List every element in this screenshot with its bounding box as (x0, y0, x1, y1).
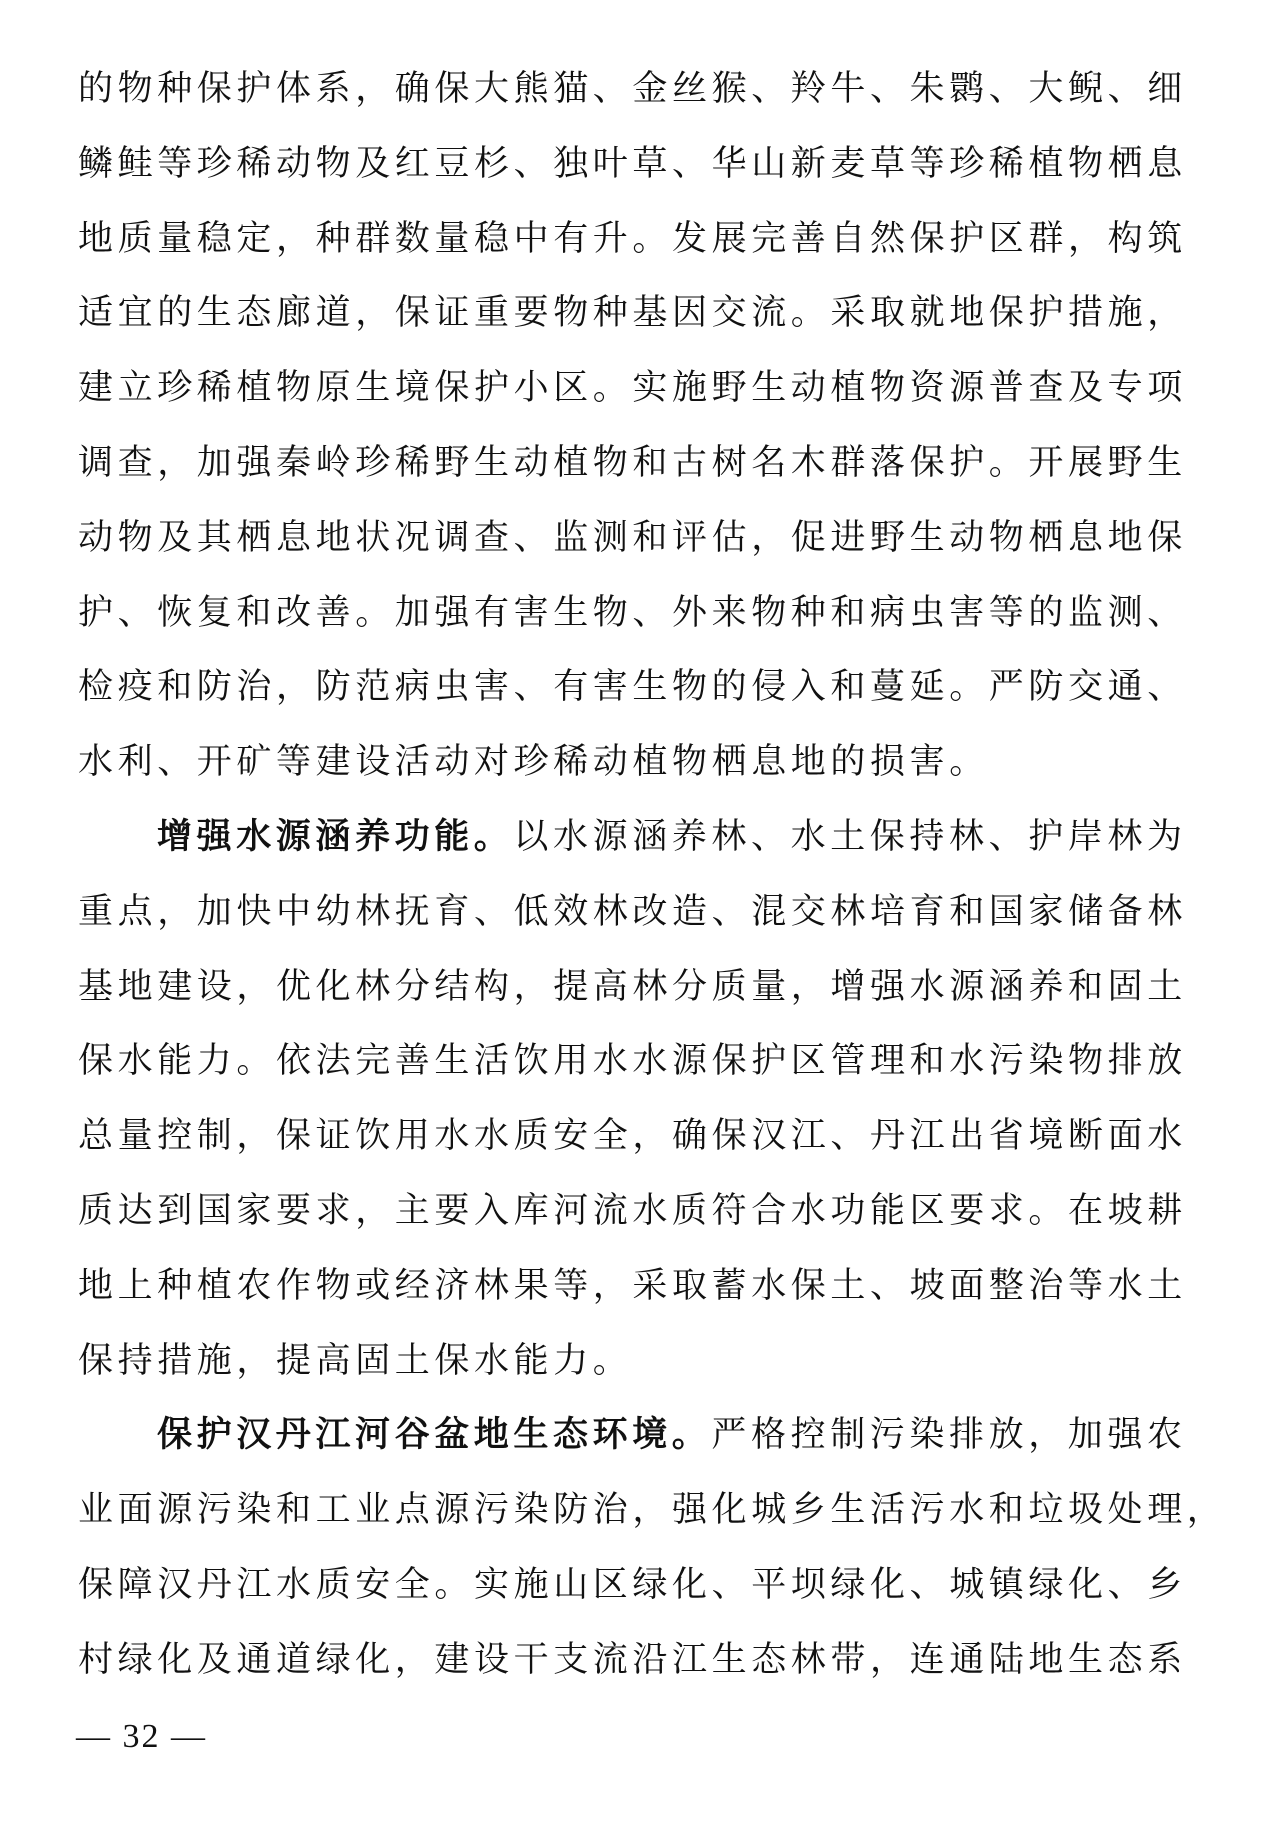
text-line: 地质量稳定，种群数量稳中有升。发展完善自然保护区群，构筑 (78, 202, 1208, 277)
text-line: 调查，加强秦岭珍稀野生动植物和古树名木群落保护。开展野生 (78, 426, 1208, 501)
text-line: 地上种植农作物或经济林果等，采取蓄水保土、坡面整治等水土 (78, 1249, 1208, 1324)
section-heading: 增强水源涵养功能。 (157, 816, 513, 857)
text-line: 动物及其栖息地状况调查、监测和评估，促进野生动物栖息地保 (78, 501, 1208, 576)
text-line: 水利、开矿等建设活动对珍稀动植物栖息地的损害。 (78, 725, 1208, 800)
text-line: 适宜的生态廊道，保证重要物种基因交流。采取就地保护措施， (78, 276, 1208, 351)
text-line: 检疫和防治，防范病虫害、有害生物的侵入和蔓延。严防交通、 (78, 650, 1208, 725)
text-line: 保水能力。依法完善生活饮用水水源保护区管理和水污染物排放 (78, 1024, 1208, 1099)
text-line: 质达到国家要求，主要入库河流水质符合水功能区要求。在坡耕 (78, 1174, 1208, 1249)
document-page: 的物种保护体系，确保大熊猫、金丝猴、羚牛、朱鹮、大鲵、细 鳞鲑等珍稀动物及红豆杉… (78, 52, 1208, 1698)
page-number: — 32 — (76, 1716, 207, 1758)
text-line: 总量控制，保证饮用水水质安全，确保汉江、丹江出省境断面水 (78, 1099, 1208, 1174)
text-run: 以水源涵养林、水土保持林、护岸林为 (513, 817, 1186, 857)
text-run: 严格控制污染排放，加强农 (711, 1415, 1186, 1455)
text-line: 护、恢复和改善。加强有害生物、外来物种和病虫害等的监测、 (78, 576, 1208, 651)
text-line: 基地建设，优化林分结构，提高林分质量，增强水源涵养和固土 (78, 950, 1208, 1025)
text-line: 重点，加快中幼林抚育、低效林改造、混交林培育和国家储备林 (78, 875, 1208, 950)
text-line: 业面源污染和工业点源污染防治，强化城乡生活污水和垃圾处理， (78, 1473, 1208, 1548)
paragraph-han-dan-river-basin: 保护汉丹江河谷盆地生态环境。严格控制污染排放，加强农 业面源污染和工业点源污染防… (78, 1398, 1208, 1697)
section-heading: 保护汉丹江河谷盆地生态环境。 (157, 1414, 711, 1455)
text-line: 保障汉丹江水质安全。实施山区绿化、平坝绿化、城镇绿化、乡 (78, 1548, 1208, 1623)
text-line-first: 增强水源涵养功能。以水源涵养林、水土保持林、护岸林为 (78, 800, 1208, 875)
text-line-first: 保护汉丹江河谷盆地生态环境。严格控制污染排放，加强农 (78, 1398, 1208, 1473)
text-line: 建立珍稀植物原生境保护小区。实施野生动植物资源普查及专项 (78, 351, 1208, 426)
text-line: 鳞鲑等珍稀动物及红豆杉、独叶草、华山新麦草等珍稀植物栖息 (78, 127, 1208, 202)
text-line: 保持措施，提高固土保水能力。 (78, 1324, 1208, 1399)
paragraph-water-conservation: 增强水源涵养功能。以水源涵养林、水土保持林、护岸林为 重点，加快中幼林抚育、低效… (78, 800, 1208, 1398)
paragraph-species-protection: 的物种保护体系，确保大熊猫、金丝猴、羚牛、朱鹮、大鲵、细 鳞鲑等珍稀动物及红豆杉… (78, 52, 1208, 800)
text-line: 村绿化及通道绿化，建设干支流沿江生态林带，连通陆地生态系 (78, 1623, 1208, 1698)
text-line: 的物种保护体系，确保大熊猫、金丝猴、羚牛、朱鹮、大鲵、细 (78, 52, 1208, 127)
